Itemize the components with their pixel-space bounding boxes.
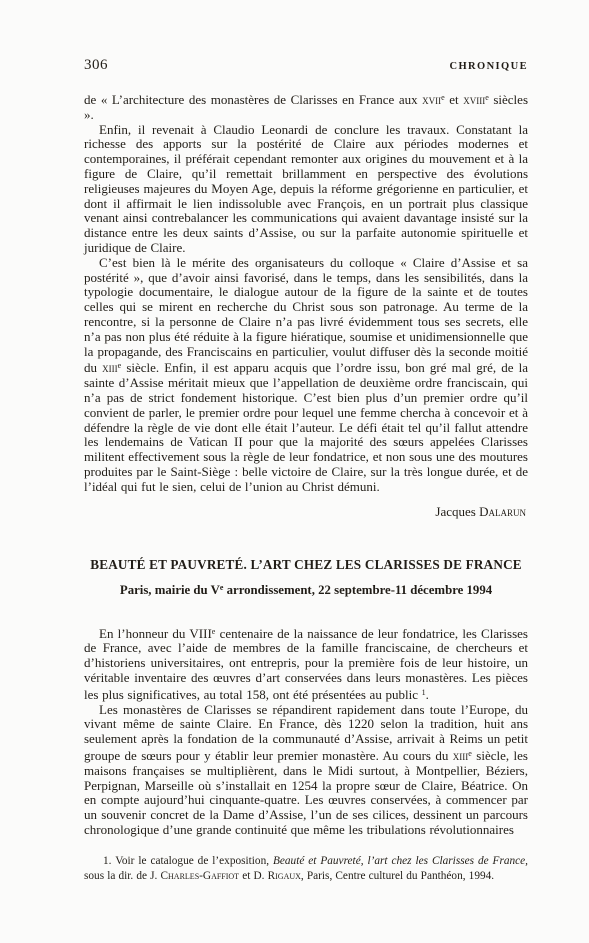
article-section: BEAUTÉ ET PAUVRETÉ. L’ART CHEZ LES CLARI… — [84, 557, 528, 838]
article-title: BEAUTÉ ET PAUVRETÉ. L’ART CHEZ LES CLARI… — [84, 557, 528, 573]
footnote-area: 1. Voir le catalogue de l’exposition, Be… — [84, 854, 528, 884]
chronique-section: de « L’architecture des monastères de Cl… — [84, 91, 528, 520]
page-header: 306 CHRONIQUE — [84, 57, 528, 74]
article-paragraph: Les monastères de Clarisses se répandire… — [84, 703, 528, 838]
author-signature: Jacques Dalarun — [84, 504, 528, 520]
article-body: En l’honneur du VIIIe centenaire de la n… — [84, 625, 528, 838]
chronique-paragraph-continuation: de « L’architecture des monastères de Cl… — [84, 91, 528, 123]
running-head-title: CHRONIQUE — [449, 61, 528, 72]
page-number: 306 — [84, 57, 108, 74]
article-subtitle: Paris, mairie du Ve arrondissement, 22 s… — [84, 580, 528, 598]
footnote: 1. Voir le catalogue de l’exposition, Be… — [84, 854, 528, 884]
chronique-paragraph: C’est bien là le mérite des organisateur… — [84, 256, 528, 495]
journal-page: 306 CHRONIQUE de « L’architecture des mo… — [0, 0, 589, 943]
article-paragraph: En l’honneur du VIIIe centenaire de la n… — [84, 625, 528, 703]
chronique-paragraph: Enfin, il revenait à Claudio Leonardi de… — [84, 123, 528, 256]
article-header: BEAUTÉ ET PAUVRETÉ. L’ART CHEZ LES CLARI… — [84, 557, 528, 598]
